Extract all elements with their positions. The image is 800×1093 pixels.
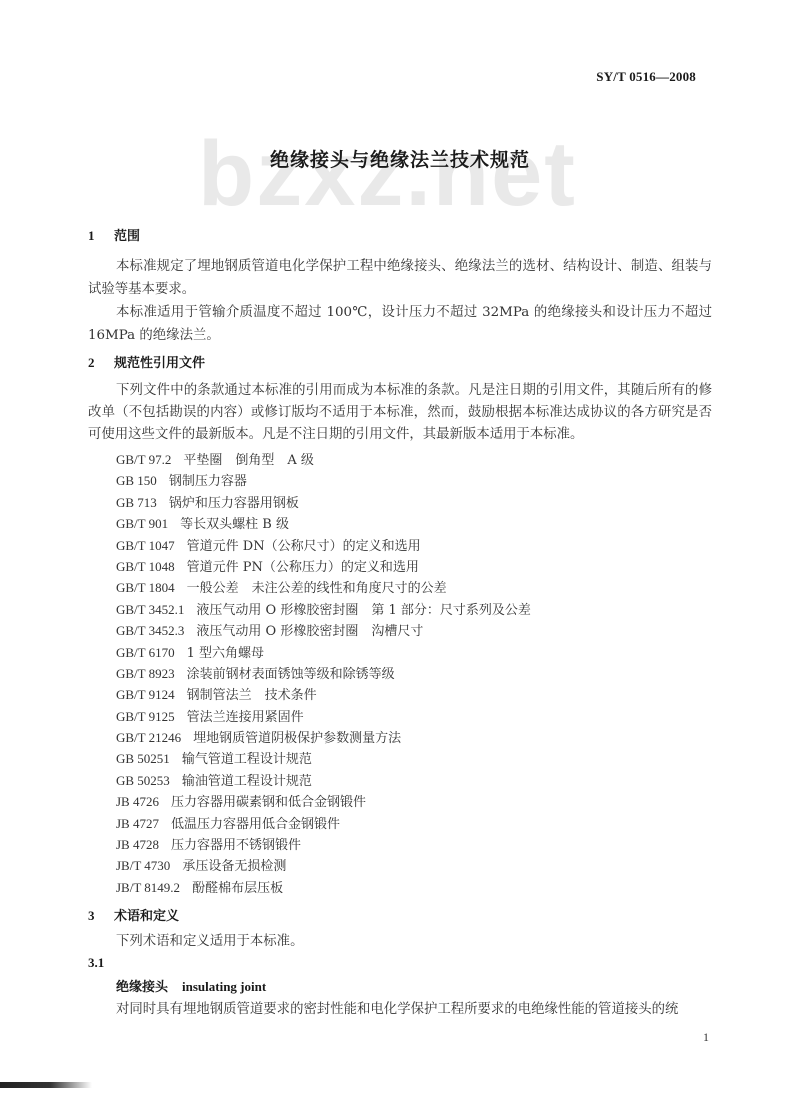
reference-code: GB/T 1804	[116, 580, 175, 595]
reference-code: GB 50253	[116, 773, 170, 788]
section-number: 1	[88, 228, 114, 244]
reference-code: GB/T 3452.1	[116, 602, 184, 617]
page-number: 1	[703, 1030, 709, 1045]
reference-item: GB 50251输气管道工程设计规范	[116, 748, 531, 769]
reference-name: 钢制管法兰 技术条件	[187, 688, 317, 703]
section-number: 2	[88, 355, 114, 371]
reference-item: JB 4728压力容器用不锈钢锻件	[116, 834, 531, 855]
reference-code: GB/T 6170	[116, 645, 175, 660]
reference-name: 涂装前钢材表面锈蚀等级和除锈等级	[187, 667, 395, 682]
paragraph: 本标准适用于管输介质温度不超过 100℃，设计压力不超过 32MPa 的绝缘接头…	[88, 301, 712, 347]
reference-code: JB 4728	[116, 837, 159, 852]
reference-item: GB/T 8923涂装前钢材表面锈蚀等级和除锈等级	[116, 663, 531, 684]
standard-code: SY/T 0516—2008	[596, 69, 696, 85]
reference-code: GB 50251	[116, 751, 170, 766]
reference-name: 低温压力容器用低合金钢锻件	[171, 817, 340, 832]
term-english: insulating joint	[182, 979, 266, 994]
reference-name: 钢制压力容器	[169, 474, 247, 489]
reference-item: GB/T 61701 型六角螺母	[116, 642, 531, 663]
reference-name: 平垫圈 倒角型 A 级	[183, 453, 314, 468]
reference-item: GB 713锅炉和压力容器用钢板	[116, 492, 531, 513]
reference-code: GB 713	[116, 495, 157, 510]
reference-item: GB/T 21246埋地钢质管道阴极保护参数测量方法	[116, 727, 531, 748]
paragraph: 下列术语和定义适用于本标准。	[88, 930, 712, 953]
reference-code: GB/T 9124	[116, 687, 175, 702]
reference-name: 液压气动用 O 形橡胶密封圈 第 1 部分：尺寸系列及公差	[196, 603, 530, 618]
reference-name: 锅炉和压力容器用钢板	[169, 496, 299, 511]
reference-name: 等长双头螺柱 B 级	[180, 517, 289, 532]
reference-item: GB/T 9125管法兰连接用紧固件	[116, 706, 531, 727]
term-chinese: 绝缘接头	[116, 980, 168, 995]
reference-code: JB/T 4730	[116, 858, 170, 873]
reference-item: GB/T 3452.3液压气动用 O 形橡胶密封圈 沟槽尺寸	[116, 620, 531, 641]
section-heading-3: 3术语和定义	[88, 905, 179, 924]
scan-artifact	[0, 1082, 92, 1088]
reference-name: 压力容器用碳素钢和低合金钢锻件	[171, 795, 366, 810]
reference-item: JB 4726压力容器用碳素钢和低合金钢锻件	[116, 791, 531, 812]
reference-item: JB/T 8149.2酚醛棉布层压板	[116, 877, 531, 898]
reference-code: JB/T 8149.2	[116, 880, 180, 895]
paragraph: 下列文件中的条款通过本标准的引用而成为本标准的条款。凡是注日期的引用文件，其随后…	[88, 380, 712, 446]
reference-code: GB 150	[116, 473, 157, 488]
section-title: 术语和定义	[114, 909, 179, 924]
reference-name: 压力容器用不锈钢锻件	[171, 838, 301, 853]
term-number: 3.1	[88, 955, 104, 971]
reference-name: 输油管道工程设计规范	[182, 774, 312, 789]
reference-item: GB/T 1804一般公差 未注公差的线性和角度尺寸的公差	[116, 577, 531, 598]
reference-code: JB 4726	[116, 794, 159, 809]
reference-name: 承压设备无损检测	[182, 859, 286, 874]
reference-code: GB/T 97.2	[116, 452, 171, 467]
reference-code: GB/T 901	[116, 516, 168, 531]
reference-list: GB/T 97.2平垫圈 倒角型 A 级 GB 150钢制压力容器 GB 713…	[116, 449, 531, 898]
reference-item: GB/T 9124钢制管法兰 技术条件	[116, 684, 531, 705]
term-heading: 绝缘接头insulating joint	[116, 976, 266, 995]
section-heading-1: 1范围	[88, 225, 140, 244]
reference-name: 输气管道工程设计规范	[182, 752, 312, 767]
reference-item: GB/T 97.2平垫圈 倒角型 A 级	[116, 449, 531, 470]
paragraph: 本标准规定了埋地钢质管道电化学保护工程中绝缘接头、绝缘法兰的选材、结构设计、制造…	[88, 255, 712, 301]
reference-item: GB 50253输油管道工程设计规范	[116, 770, 531, 791]
reference-item: GB/T 1047管道元件 DN（公称尺寸）的定义和选用	[116, 535, 531, 556]
reference-code: GB/T 8923	[116, 666, 175, 681]
reference-code: GB/T 1048	[116, 559, 175, 574]
section-number: 3	[88, 908, 114, 924]
reference-item: JB/T 4730承压设备无损检测	[116, 855, 531, 876]
section-heading-2: 2规范性引用文件	[88, 352, 205, 371]
reference-name: 一般公差 未注公差的线性和角度尺寸的公差	[187, 581, 447, 596]
reference-item: GB/T 901等长双头螺柱 B 级	[116, 513, 531, 534]
reference-code: GB/T 1047	[116, 538, 175, 553]
section-title: 范围	[114, 229, 140, 244]
reference-code: GB/T 21246	[116, 730, 181, 745]
reference-name: 管道元件 PN（公称压力）的定义和选用	[187, 560, 419, 575]
section-title: 规范性引用文件	[114, 356, 205, 371]
reference-item: JB 4727低温压力容器用低合金钢锻件	[116, 813, 531, 834]
reference-name: 1 型六角螺母	[187, 646, 264, 661]
reference-name: 管法兰连接用紧固件	[187, 710, 304, 725]
reference-item: GB/T 1048管道元件 PN（公称压力）的定义和选用	[116, 556, 531, 577]
reference-item: GB 150钢制压力容器	[116, 470, 531, 491]
watermark: bzxz.net	[198, 128, 577, 220]
term-definition: 对同时具有埋地钢质管道要求的密封性能和电化学保护工程所要求的电绝缘性能的管道接头…	[116, 998, 678, 1017]
reference-name: 管道元件 DN（公称尺寸）的定义和选用	[187, 539, 421, 554]
reference-name: 埋地钢质管道阴极保护参数测量方法	[193, 731, 401, 746]
reference-item: GB/T 3452.1液压气动用 O 形橡胶密封圈 第 1 部分：尺寸系列及公差	[116, 599, 531, 620]
reference-name: 酚醛棉布层压板	[192, 881, 283, 896]
reference-code: JB 4727	[116, 816, 159, 831]
document-title: 绝缘接头与绝缘法兰技术规范	[0, 145, 800, 172]
reference-code: GB/T 9125	[116, 709, 175, 724]
reference-code: GB/T 3452.3	[116, 623, 184, 638]
reference-name: 液压气动用 O 形橡胶密封圈 沟槽尺寸	[196, 624, 423, 639]
